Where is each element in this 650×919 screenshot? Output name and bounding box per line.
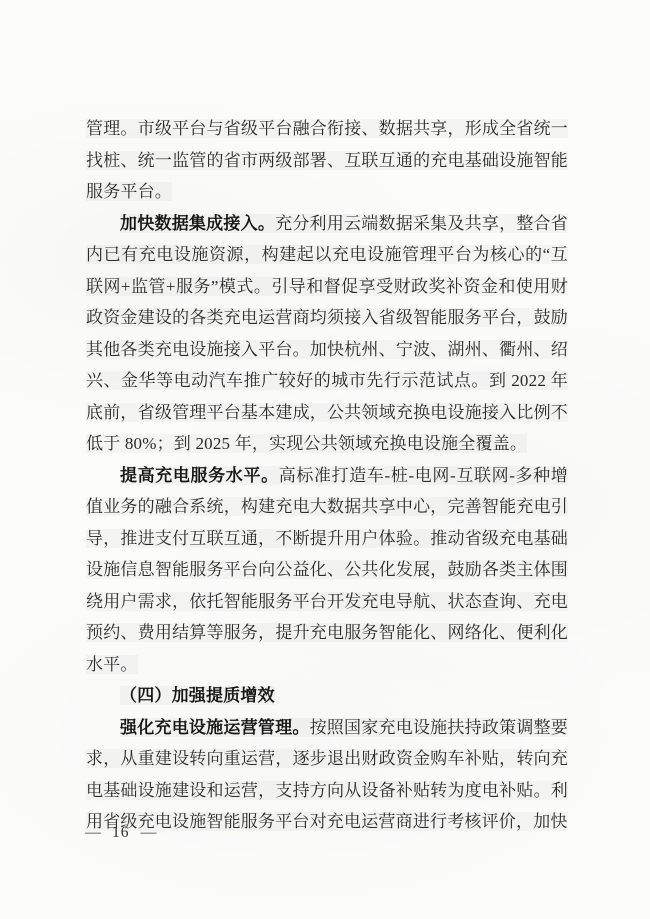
page-footer: — 16 — <box>85 824 157 842</box>
section-heading-text: （四）加强提质增效 <box>120 686 275 705</box>
paragraph-text: 高标准打造车-桩-电网-互联网-多种增值业务的融合系统，构建充电大数据共享中心，… <box>86 466 568 674</box>
footer-dash-right: — <box>141 824 157 842</box>
paragraph-data-integration: 加快数据集成接入。充分利用云端数据采集及共享，整合省内已有充电设施资源，构建起以… <box>86 208 568 460</box>
section-heading: （四）加强提质增效 <box>86 680 568 712</box>
document-page: 管理。市级平台与省级平台融合衔接、数据共享，形成全省统一找桩、统一监管的省市两级… <box>0 0 650 919</box>
footer-dash-left: — <box>85 824 101 842</box>
paragraph-text: 管理。市级平台与省级平台融合衔接、数据共享，形成全省统一找桩、统一监管的省市两级… <box>86 119 568 201</box>
paragraph-opening: 管理。市级平台与省级平台融合衔接、数据共享，形成全省统一找桩、统一监管的省市两级… <box>86 113 568 208</box>
paragraph-text: 充分利用云端数据采集及共享，整合省内已有充电设施资源，构建起以充电设施管理平台为… <box>86 214 568 454</box>
paragraph-lead: 加快数据集成接入。 <box>120 214 275 233</box>
paragraph-service-level: 提高充电服务水平。高标准打造车-桩-电网-互联网-多种增值业务的融合系统，构建充… <box>86 460 568 681</box>
paragraph-lead: 提高充电服务水平。 <box>120 466 279 485</box>
paragraph-operation-management: 强化充电设施运营管理。按照国家充电设施扶持政策调整要求，从重建设转向重运营，逐步… <box>86 712 568 838</box>
page-number: 16 <box>112 824 130 842</box>
paragraph-lead: 强化充电设施运营管理。 <box>120 718 310 737</box>
document-body: 管理。市级平台与省级平台融合衔接、数据共享，形成全省统一找桩、统一监管的省市两级… <box>86 113 568 838</box>
